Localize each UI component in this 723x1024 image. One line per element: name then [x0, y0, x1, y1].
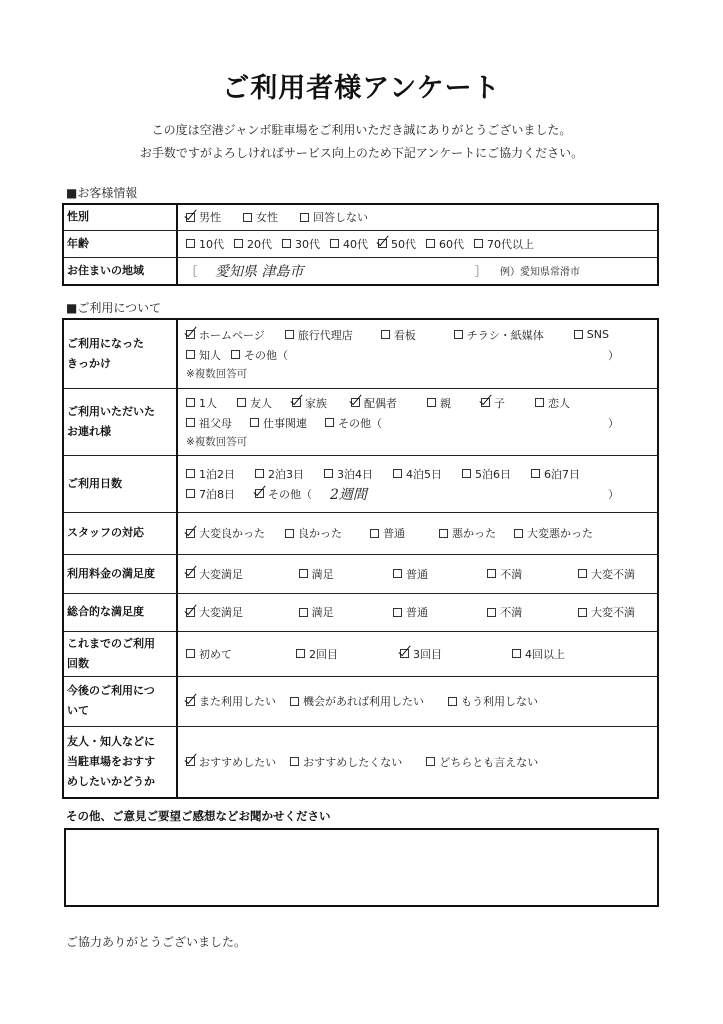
- usage-table: ご利用になった きっかけ ホームページ 旅行代理店 看板 チラシ・紙媒体 SNS…: [62, 318, 659, 799]
- price-option-dissatisfied[interactable]: 不満: [487, 566, 564, 582]
- checkbox-icon[interactable]: [234, 239, 243, 248]
- future-use-label: 今後のご利用につ いて: [63, 676, 177, 726]
- checkbox-checked-icon[interactable]: [255, 489, 264, 498]
- overall-option-dissatisfied[interactable]: 不満: [487, 604, 564, 620]
- checkbox-icon[interactable]: [186, 469, 195, 478]
- age-option-20s[interactable]: 20代: [234, 236, 272, 252]
- gender-option-no-answer[interactable]: 回答しない: [300, 209, 368, 225]
- trigger-option-homepage[interactable]: ホームページ: [186, 327, 265, 343]
- row-future-use: 今後のご利用につ いて また利用したい 機会があれば利用したい もう利用しない: [63, 676, 658, 726]
- days-option-3n4d[interactable]: 3泊4日: [324, 466, 373, 482]
- days-other-input[interactable]: 2週間: [330, 484, 367, 504]
- checkbox-icon[interactable]: [462, 469, 471, 478]
- checkbox-icon[interactable]: [285, 330, 294, 339]
- trigger-options: ホームページ 旅行代理店 看板 チラシ・紙媒体 SNS 知人 その他（ ） ※複…: [177, 319, 658, 388]
- row-visit-count: これまでのご利用 回数 初めて 2回目 3回目 4回以上: [63, 631, 658, 676]
- age-option-70s-plus[interactable]: 70代以上: [474, 236, 534, 252]
- row-days: ご利用日数 1泊2日 2泊3日 3泊4日 4泊5日 5泊6日 6泊7日 7泊8日…: [63, 455, 658, 512]
- days-option-7n8d[interactable]: 7泊8日: [186, 486, 235, 502]
- checkbox-icon[interactable]: [250, 418, 259, 427]
- age-option-40s[interactable]: 40代: [330, 236, 368, 252]
- days-option-1n2d[interactable]: 1泊2日: [186, 466, 235, 482]
- row-residence: お住まいの地域 ［ 愛知県 津島市 ］ 例）愛知県常滑市: [63, 257, 658, 285]
- future-option-no-more[interactable]: もう利用しない: [448, 693, 538, 709]
- checkbox-checked-icon[interactable]: [481, 398, 490, 407]
- days-other-close-paren: ）: [608, 486, 619, 502]
- checkbox-icon[interactable]: [330, 239, 339, 248]
- checkbox-checked-icon[interactable]: [186, 697, 195, 706]
- checkbox-checked-icon[interactable]: [378, 239, 387, 248]
- days-option-4n5d[interactable]: 4泊5日: [393, 466, 442, 482]
- overall-satisfaction-options: 大変満足 満足 普通 不満 大変不満: [177, 593, 658, 631]
- row-staff: スタッフの対応 大変良かった 良かった 普通 悪かった 大変悪かった: [63, 512, 658, 554]
- residence-close-bracket: ］: [475, 263, 486, 279]
- price-satisfaction-options: 大変満足 満足 普通 不満 大変不満: [177, 554, 658, 593]
- companion-option-work[interactable]: 仕事関連: [250, 415, 307, 431]
- future-option-use-again[interactable]: また利用したい: [186, 693, 276, 709]
- residence-input[interactable]: 愛知県 津島市: [215, 261, 475, 281]
- checkbox-icon[interactable]: [237, 398, 246, 407]
- days-label: ご利用日数: [63, 455, 177, 512]
- overall-option-very-satisfied[interactable]: 大変満足: [186, 604, 285, 620]
- checkbox-icon[interactable]: [393, 608, 402, 617]
- checkbox-icon[interactable]: [574, 330, 583, 339]
- overall-option-normal[interactable]: 普通: [393, 604, 473, 620]
- row-gender: 性別 男性 女性 回答しない: [63, 204, 658, 230]
- price-option-satisfied[interactable]: 満足: [299, 566, 379, 582]
- section-label-usage: ■ご利用について: [66, 299, 161, 316]
- checkbox-icon[interactable]: [299, 608, 308, 617]
- trigger-option-signboard[interactable]: 看板: [381, 327, 416, 343]
- checkbox-icon[interactable]: [578, 569, 587, 578]
- checkbox-icon[interactable]: [487, 569, 496, 578]
- checkbox-icon[interactable]: [426, 757, 435, 766]
- companions-label: ご利用いただいた お連れ様: [63, 388, 177, 455]
- companion-option-child[interactable]: 子: [481, 395, 505, 411]
- checkbox-icon[interactable]: [578, 608, 587, 617]
- checkbox-checked-icon[interactable]: [351, 398, 360, 407]
- companions-options: 1人 友人 家族 配偶者 親 子 恋人 祖父母 仕事関連 その他（ ） ※複数回…: [177, 388, 658, 455]
- residence-label: お住まいの地域: [63, 257, 177, 285]
- checkbox-icon[interactable]: [290, 757, 299, 766]
- checkbox-icon[interactable]: [243, 213, 252, 222]
- checkbox-icon[interactable]: [514, 529, 523, 538]
- trigger-option-flyer[interactable]: チラシ・紙媒体: [454, 327, 544, 343]
- overall-option-satisfied[interactable]: 満足: [299, 604, 379, 620]
- age-option-30s[interactable]: 30代: [282, 236, 320, 252]
- row-trigger: ご利用になった きっかけ ホームページ 旅行代理店 看板 チラシ・紙媒体 SNS…: [63, 319, 658, 388]
- checkbox-icon[interactable]: [474, 239, 483, 248]
- checkbox-checked-icon[interactable]: [186, 529, 195, 538]
- recommend-label: 友人・知人などに 当駐車場をおすす めしたいかどうか: [63, 726, 177, 798]
- checkbox-icon[interactable]: [393, 569, 402, 578]
- row-companions: ご利用いただいた お連れ様 1人 友人 家族 配偶者 親 子 恋人 祖父母 仕事…: [63, 388, 658, 455]
- residence-example: 例）愛知県常滑市: [500, 263, 580, 278]
- companion-option-parent[interactable]: 親: [427, 395, 451, 411]
- checkbox-icon[interactable]: [299, 569, 308, 578]
- trigger-option-sns[interactable]: SNS: [574, 328, 609, 341]
- checkbox-icon[interactable]: [186, 418, 195, 427]
- days-option-5n6d[interactable]: 5泊6日: [462, 466, 511, 482]
- checkbox-icon[interactable]: [296, 649, 305, 658]
- checkbox-icon[interactable]: [454, 330, 463, 339]
- checkbox-icon[interactable]: [531, 469, 540, 478]
- trigger-option-travel-agency[interactable]: 旅行代理店: [285, 327, 353, 343]
- checkbox-checked-icon[interactable]: [186, 608, 195, 617]
- age-options: 10代 20代 30代 40代 50代 60代 70代以上: [177, 230, 658, 257]
- checkbox-checked-icon[interactable]: [186, 213, 195, 222]
- trigger-multi-answer-note: ※複数回答可: [186, 365, 649, 383]
- gender-option-female[interactable]: 女性: [243, 209, 278, 225]
- visit-option-second[interactable]: 2回目: [296, 646, 386, 662]
- age-option-50s[interactable]: 50代: [378, 236, 416, 252]
- row-overall-satisfaction: 総合的な満足度 大変満足 満足 普通 不満 大変不満: [63, 593, 658, 631]
- residence-open-bracket: ［: [186, 263, 197, 279]
- checkbox-icon[interactable]: [381, 330, 390, 339]
- visit-option-fourth-plus[interactable]: 4回以上: [512, 646, 565, 662]
- companion-option-friend[interactable]: 友人: [237, 395, 272, 411]
- checkbox-icon[interactable]: [426, 239, 435, 248]
- checkbox-icon[interactable]: [186, 649, 195, 658]
- gender-options: 男性 女性 回答しない: [177, 204, 658, 230]
- staff-option-normal[interactable]: 普通: [370, 525, 405, 541]
- checkbox-icon[interactable]: [448, 697, 457, 706]
- companion-option-alone[interactable]: 1人: [186, 395, 217, 411]
- companion-option-spouse[interactable]: 配偶者: [351, 395, 397, 411]
- row-price-satisfaction: 利用料金の満足度 大変満足 満足 普通 不満 大変不満: [63, 554, 658, 593]
- future-use-options: また利用したい 機会があれば利用したい もう利用しない: [177, 676, 658, 726]
- companion-option-other[interactable]: その他（: [325, 415, 382, 431]
- trigger-option-other[interactable]: その他（: [231, 347, 288, 363]
- companion-option-family[interactable]: 家族: [292, 395, 327, 411]
- gender-label: 性別: [63, 204, 177, 230]
- checkbox-icon[interactable]: [512, 649, 521, 658]
- age-option-10s[interactable]: 10代: [186, 236, 224, 252]
- recommend-option-undecided[interactable]: どちらとも言えない: [426, 754, 538, 770]
- trigger-option-acquaintance[interactable]: 知人: [186, 347, 221, 363]
- row-age: 年齢 10代 20代 30代 40代 50代 60代 70代以上: [63, 230, 658, 257]
- row-recommend: 友人・知人などに 当駐車場をおすす めしたいかどうか おすすめしたい おすすめし…: [63, 726, 658, 798]
- overall-option-very-dissatisfied[interactable]: 大変不満: [578, 604, 635, 620]
- visit-count-options: 初めて 2回目 3回目 4回以上: [177, 631, 658, 676]
- age-option-60s[interactable]: 60代: [426, 236, 464, 252]
- thanks-message: ご協力ありがとうございました。: [66, 933, 246, 950]
- companions-multi-answer-note: ※複数回答可: [186, 433, 649, 451]
- checkbox-icon[interactable]: [427, 398, 436, 407]
- visit-count-label: これまでのご利用 回数: [63, 631, 177, 676]
- intro-text-line1: この度は空港ジャンボ駐車場をご利用いただき誠にありがとうございました。: [0, 121, 723, 138]
- trigger-label: ご利用になった きっかけ: [63, 319, 177, 388]
- comments-label: その他、ご意見ご要望ご感想などお聞かせください: [66, 808, 331, 824]
- overall-satisfaction-label: 総合的な満足度: [63, 593, 177, 631]
- staff-option-good[interactable]: 良かった: [285, 525, 342, 541]
- checkbox-icon[interactable]: [186, 239, 195, 248]
- section-label-customer-info: ■お客様情報: [66, 184, 137, 201]
- checkbox-icon[interactable]: [325, 418, 334, 427]
- checkbox-checked-icon[interactable]: [292, 398, 301, 407]
- intro-text-line2: お手数ですがよろしければサービス向上のため下記アンケートにご協力ください。: [0, 144, 723, 161]
- checkbox-icon[interactable]: [324, 469, 333, 478]
- days-option-2n3d[interactable]: 2泊3日: [255, 466, 304, 482]
- companion-option-partner[interactable]: 恋人: [535, 395, 570, 411]
- days-option-other[interactable]: その他（: [255, 486, 312, 502]
- companion-other-close-paren: ）: [608, 415, 619, 431]
- checkbox-icon[interactable]: [231, 350, 240, 359]
- staff-option-very-bad[interactable]: 大変悪かった: [514, 525, 593, 541]
- checkbox-checked-icon[interactable]: [400, 649, 409, 658]
- days-option-6n7d[interactable]: 6泊7日: [531, 466, 580, 482]
- checkbox-icon[interactable]: [535, 398, 544, 407]
- checkbox-icon[interactable]: [290, 697, 299, 706]
- staff-option-bad[interactable]: 悪かった: [439, 525, 496, 541]
- trigger-other-close-paren: ）: [608, 347, 619, 363]
- companion-option-grandparent[interactable]: 祖父母: [186, 415, 232, 431]
- checkbox-icon[interactable]: [186, 398, 195, 407]
- visit-option-third[interactable]: 3回目: [400, 646, 498, 662]
- price-option-very-satisfied[interactable]: 大変満足: [186, 566, 285, 582]
- checkbox-icon[interactable]: [300, 213, 309, 222]
- recommend-option-yes[interactable]: おすすめしたい: [186, 754, 276, 770]
- staff-option-very-good[interactable]: 大変良かった: [186, 525, 265, 541]
- price-option-normal[interactable]: 普通: [393, 566, 473, 582]
- customer-info-table: 性別 男性 女性 回答しない 年齢 10代 20代 30代 40代 50代 60…: [62, 203, 659, 286]
- staff-label: スタッフの対応: [63, 512, 177, 554]
- visit-option-first[interactable]: 初めて: [186, 646, 282, 662]
- days-options: 1泊2日 2泊3日 3泊4日 4泊5日 5泊6日 6泊7日 7泊8日 その他（ …: [177, 455, 658, 512]
- age-label: 年齢: [63, 230, 177, 257]
- recommend-options: おすすめしたい おすすめしたくない どちらとも言えない: [177, 726, 658, 798]
- checkbox-checked-icon[interactable]: [186, 569, 195, 578]
- price-option-very-dissatisfied[interactable]: 大変不満: [578, 566, 635, 582]
- checkbox-icon[interactable]: [370, 529, 379, 538]
- checkbox-checked-icon[interactable]: [186, 330, 195, 339]
- checkbox-icon[interactable]: [285, 529, 294, 538]
- residence-field: ［ 愛知県 津島市 ］ 例）愛知県常滑市: [177, 257, 658, 285]
- checkbox-icon[interactable]: [186, 350, 195, 359]
- checkbox-icon[interactable]: [487, 608, 496, 617]
- checkbox-icon[interactable]: [393, 469, 402, 478]
- checkbox-icon[interactable]: [439, 529, 448, 538]
- comments-textarea[interactable]: [64, 828, 659, 907]
- gender-option-male[interactable]: 男性: [186, 209, 221, 225]
- price-satisfaction-label: 利用料金の満足度: [63, 554, 177, 593]
- checkbox-icon[interactable]: [186, 489, 195, 498]
- future-option-if-chance[interactable]: 機会があれば利用したい: [290, 693, 424, 709]
- staff-options: 大変良かった 良かった 普通 悪かった 大変悪かった: [177, 512, 658, 554]
- checkbox-checked-icon[interactable]: [186, 757, 195, 766]
- recommend-option-no[interactable]: おすすめしたくない: [290, 754, 402, 770]
- checkbox-icon[interactable]: [282, 239, 291, 248]
- checkbox-icon[interactable]: [255, 469, 264, 478]
- page-title: ご利用者様アンケート: [0, 66, 723, 105]
